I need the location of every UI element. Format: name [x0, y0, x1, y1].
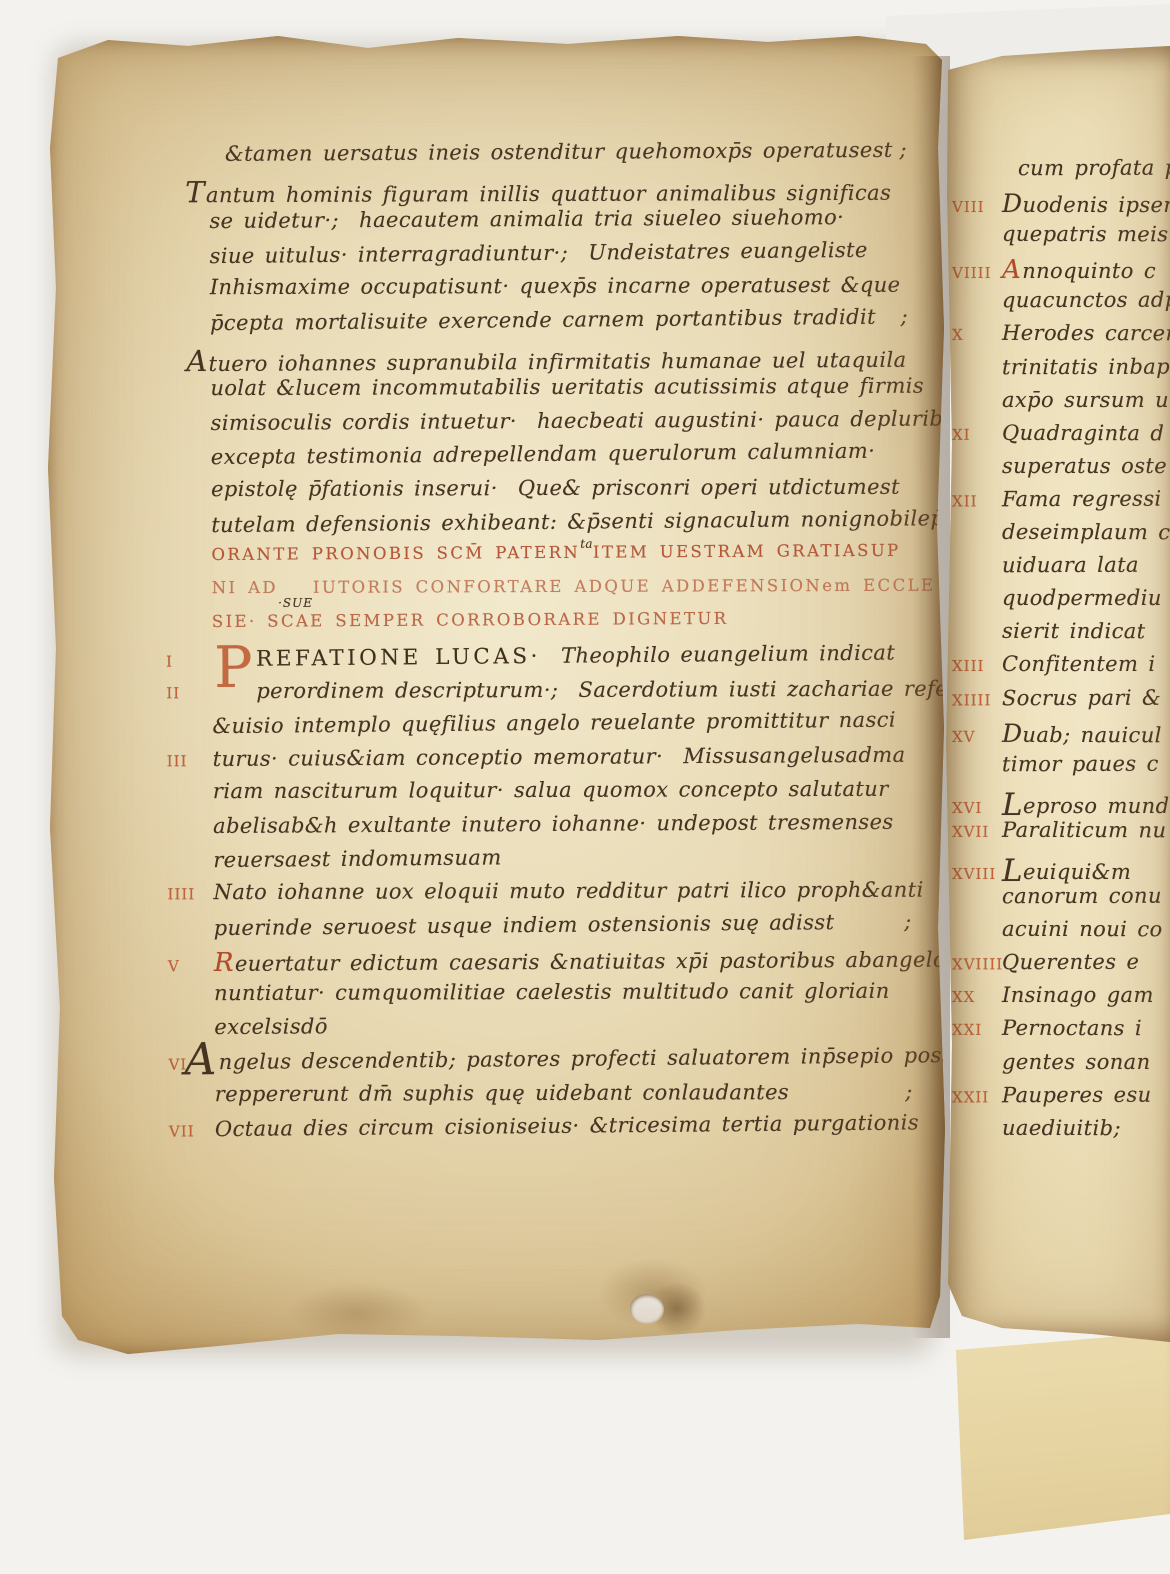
line-text: Insinago gam — [1002, 983, 1170, 1007]
chapter-numeral: XI — [944, 425, 1002, 443]
text-line: XVIIIIQuerentes e — [944, 950, 1170, 984]
line-text: Socrus pari & — [1002, 685, 1170, 710]
text-line: Inhismaxime occupatisunt· quexp̄s incarn… — [164, 273, 912, 309]
line-text: uiduara lata — [1002, 553, 1170, 578]
text-line: uaediuitib; — [944, 1115, 1170, 1149]
text-line: &tamen uersatus ineis ostenditur quehomo… — [163, 138, 911, 176]
hole-punch — [630, 1294, 664, 1324]
chapter-numeral: X — [944, 326, 1002, 344]
line-text: Reuertatur edictum caesaris &natiuitas x… — [214, 944, 916, 978]
text-line: IIIINato iohanne uox eloquii muto reddit… — [167, 878, 915, 914]
line-text: simisoculis cordis intuetur· haecbeati a… — [211, 406, 913, 434]
line-text: superatus oste — [1002, 454, 1170, 478]
line-text: puerinde seruoest usque indiem ostension… — [214, 909, 916, 940]
chapter-numeral: V — [168, 957, 214, 975]
text-line: p̄cepta mortalisuite exercende carnem po… — [164, 304, 912, 345]
line-text: Inhismaxime occupatisunt· quexp̄s incarn… — [210, 273, 912, 299]
line-text: axp̄o sursum ue — [1002, 388, 1170, 412]
text-line: XXInsinago gam — [944, 983, 1170, 1016]
chapter-numeral: II — [166, 684, 212, 702]
text-line: XHerodes carceri — [944, 321, 1170, 355]
line-text: Querentes e — [1002, 950, 1170, 975]
text-line: XIQuadraginta d — [944, 420, 1170, 454]
line-text: uaediuitib; — [1002, 1116, 1170, 1140]
text-line: uiduara lata — [944, 553, 1170, 587]
left-page-verso: P &tamen uersatus ineis ostenditur queho… — [38, 28, 946, 1364]
text-line: puerinde seruoest usque indiem ostension… — [168, 909, 916, 950]
text-line: quepatris meisu — [944, 222, 1170, 256]
text-line: cum profata p̄se — [944, 156, 1170, 190]
chapter-numeral: XVII — [944, 823, 1002, 841]
chapter-numeral: XIIII — [944, 691, 1002, 709]
line-text: nuntiatur· cumquomilitiae caelestis mult… — [214, 979, 916, 1005]
text-line: superatus oste — [944, 454, 1170, 487]
text-line: nuntiatur· cumquomilitiae caelestis mult… — [168, 979, 916, 1015]
text-line: IREFATIONE LUCAS· Theophilo euangelium i… — [166, 640, 914, 681]
line-text: quepatris meisu — [1002, 222, 1170, 246]
line-text: Quadraginta d — [1002, 421, 1170, 445]
line-text: reuersaest indomumsuam — [213, 842, 915, 873]
text-line: VIIIDuodenis ipsere — [944, 189, 1170, 222]
text-line: XXIPernoctans i — [944, 1016, 1170, 1050]
gutter-shadow — [912, 56, 950, 1338]
text-line: reuersaest indomumsuam — [167, 842, 915, 883]
chapter-numeral: XV — [944, 727, 1002, 745]
text-line: VIAngelus descendentib; pastores profect… — [168, 1043, 916, 1084]
text-line: VIIIIAnnoquinto c — [944, 255, 1170, 288]
line-text: reppererunt dm̄ suphis quę uidebant conl… — [215, 1079, 917, 1105]
line-text: trinitatis inbap — [1002, 354, 1170, 379]
line-text: Pauperes esu — [1002, 1082, 1170, 1107]
text-line: SIE· SCAE SEMPER CORROBORARE DIGNETUR — [166, 608, 914, 646]
text-line: XXIIPauperes esu — [944, 1082, 1170, 1116]
chapter-numeral: III — [167, 752, 213, 770]
line-text: Duodenis ipsere — [1002, 189, 1170, 218]
line-text: tutelam defensionis exhibeant: &p̄senti … — [211, 506, 913, 537]
line-text: timor paues c — [1002, 751, 1170, 776]
line-text: Tantum hominis figuram inillis quattuor … — [209, 172, 911, 208]
chapter-numeral: XXI — [944, 1021, 1002, 1039]
text-line: epistolę p̄fationis inserui· Que& prisco… — [165, 475, 913, 511]
chapter-numeral: IIII — [168, 885, 214, 903]
line-text: epistolę p̄fationis inserui· Que& prisco… — [211, 475, 913, 501]
text-line: excepta testimonia adrepellendam querulo… — [165, 439, 913, 480]
text-line: XIIIISocrus pari & — [944, 685, 1170, 719]
line-text: ORANTE PRONOBIS SCM̄ PATERNtaITEM UESTRA… — [211, 541, 913, 564]
line-text: quodpermediu — [1002, 586, 1170, 610]
line-text: quacunctos adp — [1002, 288, 1170, 313]
text-line: riam nasciturum loquitur· salua quomox c… — [167, 777, 915, 813]
line-text: sierit indicat — [1002, 619, 1170, 643]
line-text: riam nasciturum loquitur· salua quomox c… — [213, 777, 915, 803]
chapter-numeral: XIII — [944, 657, 1002, 675]
text-line: XVILeproso mund — [944, 785, 1170, 818]
line-text: p̄cepta mortalisuite exercende carnem po… — [210, 304, 912, 335]
line-text: Annoquinto c — [1002, 255, 1170, 285]
line-text: Pernoctans i — [1002, 1016, 1170, 1040]
text-line: IIIturus· cuius&iam conceptio memoratur·… — [167, 742, 915, 780]
line-text: perordinem descripturum·; Sacerdotium iu… — [212, 676, 914, 702]
line-text: excepta testimonia adrepellendam querulo… — [211, 439, 913, 470]
line-text: deseimplaum c — [1002, 520, 1170, 544]
text-line: canorum conu — [944, 884, 1170, 918]
text-line: VIIOctaua dies circum cisioniseius· &tri… — [169, 1111, 917, 1152]
text-line: Tantum hominis figuram inillis quattuor … — [163, 172, 911, 208]
text-line: XIIIConfitentem i — [944, 652, 1170, 685]
chapter-numeral: VIIII — [944, 264, 1002, 282]
chapter-numeral: I — [166, 652, 212, 670]
line-text: acuini noui co — [1002, 917, 1170, 941]
line-text: se uidetur·; haecautem animalia tria siu… — [209, 205, 911, 233]
right-page-recto: cum profata p̄seVIIIDuodenis ipserequepa… — [942, 44, 1170, 1342]
line-text: Herodes carceri — [1002, 321, 1170, 345]
text-line: Atuero iohannes supranubila infirmitatis… — [164, 339, 912, 377]
manuscript-photo: { "colors": { "backdrop": "#f3f2ef", "pa… — [0, 0, 1170, 1574]
text-line: axp̄o sursum ue — [944, 388, 1170, 421]
flyleaf-under-page — [946, 1326, 1170, 1540]
text-line: timor paues c — [944, 751, 1170, 785]
line-text: Leuiqui&m — [1002, 851, 1170, 887]
text-line: quacunctos adp — [944, 288, 1170, 322]
chapter-numeral: VIII — [944, 198, 1002, 216]
chapter-numeral: XII — [944, 492, 1002, 510]
text-line: XVDuab; nauicul — [944, 718, 1170, 752]
text-line: reppererunt dm̄ suphis quę uidebant conl… — [169, 1079, 917, 1115]
text-line: siue uitulus· interragradiuntur·; Undeis… — [163, 237, 911, 278]
left-page-text: P &tamen uersatus ineis ostenditur queho… — [163, 138, 917, 1150]
line-text: Atuero iohannes supranubila infirmitatis… — [210, 339, 912, 377]
chapter-numeral: VII — [169, 1122, 215, 1140]
text-line: deseimplaum c — [944, 520, 1170, 554]
line-text: SIE· SCAE SEMPER CORROBORARE DIGNETUR — [212, 608, 914, 631]
text-line: quodpermediu — [944, 586, 1170, 619]
right-page-text: cum profata p̄seVIIIDuodenis ipserequepa… — [944, 156, 1170, 1149]
text-line: se uidetur·; haecautem animalia tria siu… — [163, 205, 911, 243]
text-line: sierit indicat — [944, 619, 1170, 653]
text-line: XIIFama regressi i — [944, 487, 1170, 521]
line-text: Leproso mund — [1002, 785, 1170, 821]
line-text: Octaua dies circum cisioniseius· &trices… — [215, 1111, 917, 1142]
chapter-numeral: XVIIII — [944, 955, 1002, 973]
chapter-numeral: XVI — [944, 799, 1002, 817]
line-text: canorum conu — [1002, 884, 1170, 909]
line-text: Duab; nauicul — [1002, 718, 1170, 747]
text-line: trinitatis inbap — [944, 354, 1170, 388]
text-line: ORANTE PRONOBIS SCM̄ PATERNtaITEM UESTRA… — [165, 541, 913, 579]
text-line: gentes sonan — [944, 1050, 1170, 1083]
line-text: NI AD·SUEIUTORIS CONFORTARE ADQUE ADDEFE… — [212, 575, 914, 596]
line-text: cum profata p̄se — [1002, 156, 1170, 181]
line-text: uolat &lucem incommutabilis ueritatis ac… — [210, 374, 912, 400]
text-line: XVIIParaliticum nu — [944, 818, 1170, 852]
chapter-numeral: XVIII — [944, 865, 1002, 883]
text-line: VReuertatur edictum caesaris &natiuitas … — [168, 944, 916, 982]
text-line: XVIIILeuiqui&m — [944, 851, 1170, 884]
chapter-numeral: XX — [944, 988, 1002, 1006]
text-line: IIperordinem descripturum·; Sacerdotium … — [166, 676, 914, 712]
line-text: gentes sonan — [1002, 1050, 1170, 1074]
line-text: Paraliticum nu — [1002, 818, 1170, 842]
text-line: uolat &lucem incommutabilis ueritatis ac… — [164, 374, 912, 410]
line-text: Fama regressi i — [1002, 487, 1170, 512]
stain — [288, 1283, 428, 1343]
line-text: Confitentem i — [1002, 652, 1170, 676]
line-text: abelisab&h exultante inutero iohanne· un… — [213, 810, 915, 838]
line-text: &tamen uersatus ineis ostenditur quehomo… — [209, 138, 911, 166]
text-line: NI AD·SUEIUTORIS CONFORTARE ADQUE ADDEFE… — [166, 575, 914, 611]
line-text: excelsisdō — [214, 1011, 916, 1039]
line-text: Nato iohanne uox eloquii muto redditur p… — [213, 878, 915, 904]
chapter-numeral: XXII — [944, 1088, 1002, 1106]
text-line: acuini noui co — [944, 917, 1170, 951]
